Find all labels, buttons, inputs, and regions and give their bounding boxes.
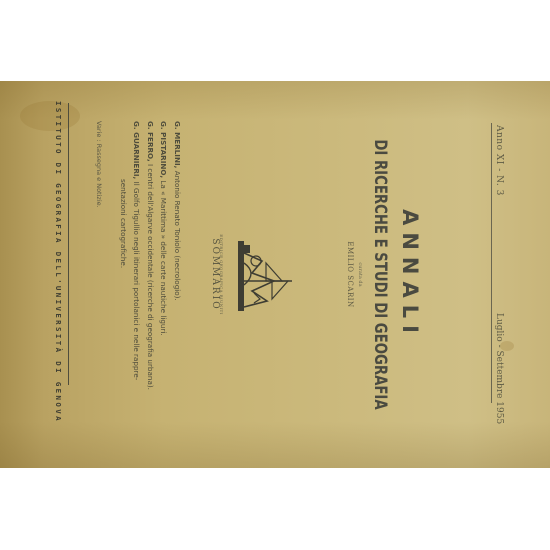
contents-entry: G. MERLINI, Antonio Renato Toniolo (necr… xyxy=(171,121,185,390)
entry-title: Il Golfo Tigullio negli itinerari portol… xyxy=(133,182,142,381)
rotated-cover-content: Anno XI - N. 3 Luglio - Settembre 1955 A… xyxy=(0,81,550,468)
journal-title: ANNALI xyxy=(398,81,422,468)
entry-title: La « Marittima » delle carte nautiche li… xyxy=(160,180,169,335)
ship-and-tower-emblem-icon xyxy=(227,233,302,323)
editor-name: EMILIO SCARIN xyxy=(346,81,354,468)
publisher-institute: ISTITUTO DI GEOGRAFIA DELL'UNIVERSITÀ DI… xyxy=(54,101,63,423)
entry-author: G. PISTARINO, xyxy=(160,121,169,178)
entry-author: G. FERRO, xyxy=(146,121,155,162)
table-of-contents: G. MERLINI, Antonio Renato Toniolo (necr… xyxy=(117,121,185,390)
header-rule xyxy=(491,123,492,403)
journal-subtitle: DI RICERCHE E STUDI DI GEOGRAFIA xyxy=(370,124,390,426)
contents-entry: G. PISTARINO, La « Marittima » delle car… xyxy=(157,121,171,390)
issue-number: Anno XI - N. 3 xyxy=(494,125,504,196)
entry-title: I centri dell'Algarve occidentale (ricer… xyxy=(146,164,155,390)
contents-entry: G. GUARNIERI, Il Golfo Tigullio negli it… xyxy=(130,121,144,390)
entry-author: G. GUARNIERI, xyxy=(133,121,142,179)
entry-author: G. MERLINI, xyxy=(173,121,182,168)
contents-heading: SOMMARIO xyxy=(210,81,220,468)
issue-date: Luglio - Settembre 1955 xyxy=(494,313,504,401)
miscellany-line: Varie : Rassegna e Notizie. xyxy=(95,121,103,208)
entry-title-continuation: sentazioni cartografiche. xyxy=(117,121,131,390)
entry-title: Antonio Renato Toniolo (necrologio). xyxy=(173,171,182,301)
footer-rule xyxy=(68,103,69,385)
curated-by-label: curata da xyxy=(357,81,363,468)
contents-entry: G. FERRO, I centri dell'Algarve occident… xyxy=(144,121,158,390)
